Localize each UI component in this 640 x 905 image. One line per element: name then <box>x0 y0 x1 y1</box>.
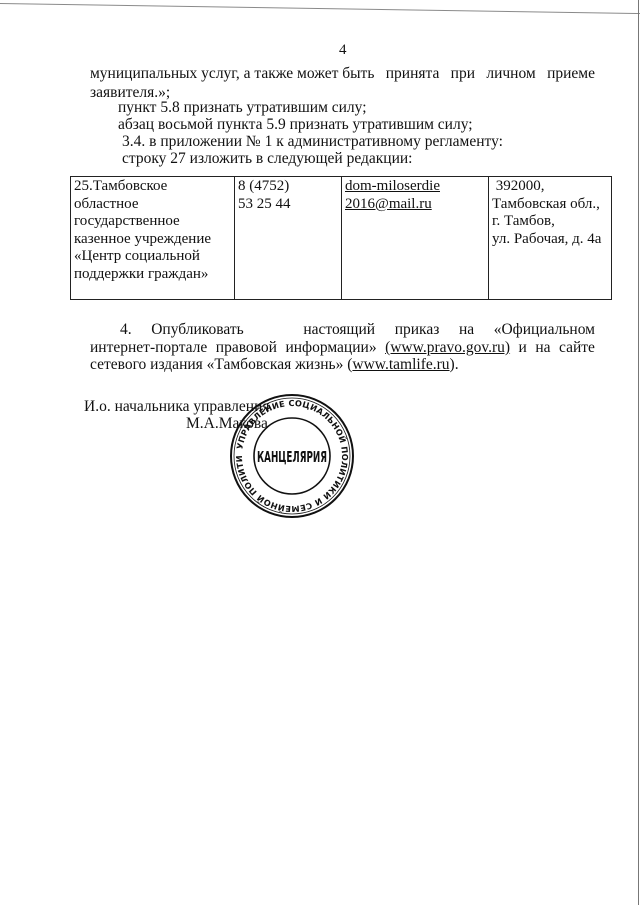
scan-artifact-line <box>0 3 640 14</box>
text-span: при <box>451 65 475 83</box>
text-span: настоящий <box>303 321 375 339</box>
cell-line: г. Тамбов, <box>492 213 608 231</box>
text-span: сетевого издания «Тамбовская жизнь» ( <box>90 356 352 373</box>
stamp-center-text: КАНЦЕЛЯРИЯ <box>257 448 327 466</box>
cell-line: «Центр социальной <box>74 248 231 266</box>
text-span: и <box>519 339 527 357</box>
tamlife-link[interactable]: www.tamlife.ru <box>352 356 449 373</box>
text-span: информации» <box>285 339 376 357</box>
text-span: 4. <box>120 321 132 339</box>
cell-address: 392000, Тамбовская обл., г. Тамбов, ул. … <box>489 177 612 300</box>
item4-line2: интернет-портале правовой информации» (w… <box>90 339 595 357</box>
email-link[interactable]: 2016@mail.ru <box>345 196 485 214</box>
cell-line: 25.Тамбовское <box>74 178 231 196</box>
cell-phone: 8 (4752) 53 25 44 <box>235 177 342 300</box>
item4-line3: сетевого издания «Тамбовская жизнь» (www… <box>90 356 459 374</box>
text-span: на <box>459 321 474 339</box>
text-span: сайте <box>559 339 595 357</box>
email-link[interactable]: dom-miloserdie <box>345 178 485 196</box>
cell-line: 392000, <box>492 178 608 196</box>
text-span: интернет-портале <box>90 339 207 357</box>
text-span: приказ <box>395 321 440 339</box>
page-edge <box>638 0 639 905</box>
table-row: 25.Тамбовское областное государственное … <box>71 177 612 300</box>
paragraph-item-5-9: абзац восьмой пункта 5.9 признать утрати… <box>118 116 473 134</box>
text-span: «Официальном <box>494 321 595 339</box>
cell-line: Тамбовская обл., <box>492 196 608 214</box>
cell-line: 53 25 44 <box>238 196 338 214</box>
paragraph-item-3-4: 3.4. в приложении № 1 к административном… <box>122 133 503 151</box>
official-stamp-icon: УПРАВЛЕНИЕ СОЦИАЛЬНОЙ ПОЛИТИКИ И СЕМЕЙНО… <box>228 392 356 520</box>
cell-organization: 25.Тамбовское областное государственное … <box>71 177 235 300</box>
text-span: муниципальных услуг, а также может быть <box>90 65 374 83</box>
paragraph-item-5-8: пункт 5.8 признать утратившим силу; <box>118 99 367 117</box>
cell-line: поддержки граждан» <box>74 266 231 284</box>
cell-line: казенное учреждение <box>74 231 231 249</box>
page-number: 4 <box>339 42 347 59</box>
text-span: на <box>535 339 550 357</box>
pravo-link[interactable]: (www.pravo.gov.ru) <box>385 339 510 357</box>
cell-line: 8 (4752) <box>238 178 338 196</box>
text-span: Опубликовать <box>151 321 244 339</box>
regulation-table: 25.Тамбовское областное государственное … <box>70 176 612 300</box>
cell-line: областное <box>74 196 231 214</box>
cell-line: ул. Рабочая, д. 4а <box>492 231 608 249</box>
text-span: принята <box>386 65 440 83</box>
cell-email[interactable]: dom-miloserdie 2016@mail.ru <box>342 177 489 300</box>
paragraph-row-27: строку 27 изложить в следующей редакции: <box>122 150 413 168</box>
text-span: личном <box>486 65 535 83</box>
paragraph-continuation-line1: муниципальных услуг, а также может быть … <box>90 65 595 83</box>
item4-line1: 4. Опубликовать настоящий приказ на «Офи… <box>90 321 595 339</box>
text-span: ). <box>450 356 459 373</box>
cell-line: государственное <box>74 213 231 231</box>
text-span: правовой <box>216 339 277 357</box>
text-span: приеме <box>547 65 595 83</box>
